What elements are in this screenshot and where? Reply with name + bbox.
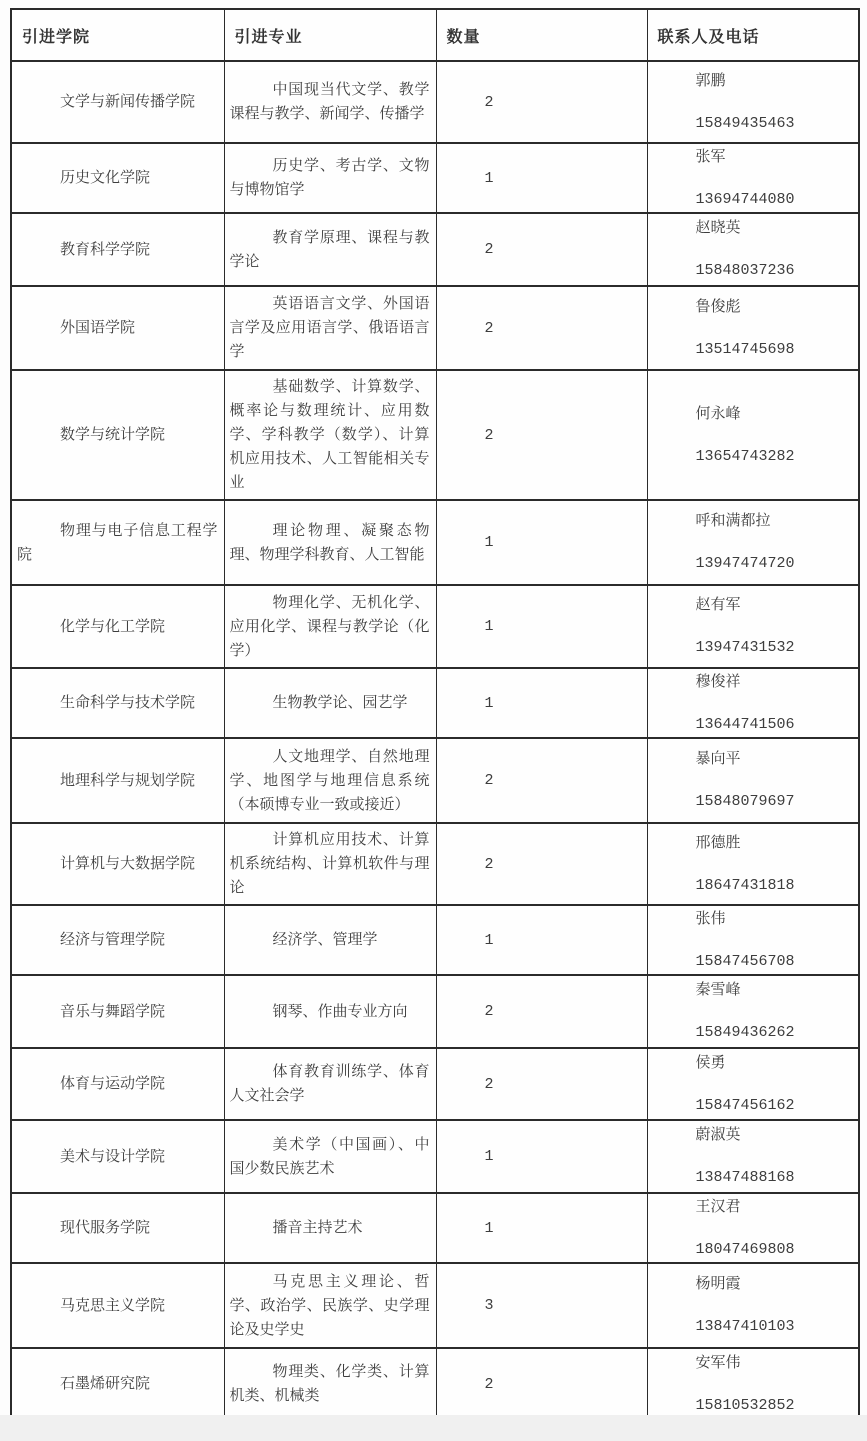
- table-row: 体育与运动学院体育教育训练学、体育人文社会学2侯勇15847456162: [11, 1048, 859, 1120]
- table-row: 生命科学与技术学院生物教学论、园艺学1穆俊祥13644741506: [11, 668, 859, 738]
- majors-cell: 中国现当代文学、教学课程与教学、新闻学、传播学: [224, 61, 436, 143]
- count-cell: 2: [436, 738, 647, 823]
- count-cell: 1: [436, 585, 647, 668]
- contact-name: 穆俊祥: [696, 672, 855, 692]
- contact-cell: 王汉君18047469808: [647, 1193, 859, 1263]
- majors-cell: 钢琴、作曲专业方向: [224, 975, 436, 1048]
- contact-name: 何永峰: [696, 404, 855, 424]
- count-cell: 1: [436, 143, 647, 213]
- header-row: 引进学院 引进专业 数量 联系人及电话: [11, 9, 859, 61]
- contact-cell: 赵晓英15848037236: [647, 213, 859, 286]
- majors-cell: 生物教学论、园艺学: [224, 668, 436, 738]
- college-cell: 生命科学与技术学院: [11, 668, 224, 738]
- table-row: 现代服务学院播音主持艺术1王汉君18047469808: [11, 1193, 859, 1263]
- majors-cell: 教育学原理、课程与教学论: [224, 213, 436, 286]
- contact-cell: 蔚淑英13847488168: [647, 1120, 859, 1193]
- contact-phone: 15848037236: [696, 261, 855, 281]
- count-cell: 2: [436, 975, 647, 1048]
- majors-cell: 历史学、考古学、文物与博物馆学: [224, 143, 436, 213]
- contact-phone: 15847456162: [696, 1096, 855, 1116]
- table-body: 文学与新闻传播学院中国现当代文学、教学课程与教学、新闻学、传播学2郭鹏15849…: [11, 61, 859, 1420]
- table-row: 教育科学学院教育学原理、课程与教学论2赵晓英15848037236: [11, 213, 859, 286]
- college-cell: 文学与新闻传播学院: [11, 61, 224, 143]
- contact-cell: 穆俊祥13644741506: [647, 668, 859, 738]
- majors-cell: 英语语言文学、外国语言学及应用语言学、俄语语言学: [224, 286, 436, 370]
- count-cell: 1: [436, 905, 647, 975]
- contact-phone: 18647431818: [696, 876, 855, 896]
- college-cell: 地理科学与规划学院: [11, 738, 224, 823]
- table-row: 地理科学与规划学院人文地理学、自然地理学、地图学与地理信息系统（本硕博专业一致或…: [11, 738, 859, 823]
- majors-cell: 播音主持艺术: [224, 1193, 436, 1263]
- table-row: 马克思主义学院马克思主义理论、哲学、政治学、民族学、史学理论及史学史3杨明霞13…: [11, 1263, 859, 1348]
- college-cell: 物理与电子信息工程学院: [11, 500, 224, 585]
- college-cell: 石墨烯研究院: [11, 1348, 224, 1420]
- table-row: 经济与管理学院经济学、管理学1张伟15847456708: [11, 905, 859, 975]
- contact-cell: 杨明霞13847410103: [647, 1263, 859, 1348]
- table-row: 计算机与大数据学院计算机应用技术、计算机系统结构、计算机软件与理论2邢德胜186…: [11, 823, 859, 905]
- contact-name: 郭鹏: [696, 71, 855, 91]
- table-row: 历史文化学院历史学、考古学、文物与博物馆学1张军13694744080: [11, 143, 859, 213]
- recruitment-table: 引进学院 引进专业 数量 联系人及电话 文学与新闻传播学院中国现当代文学、教学课…: [10, 8, 860, 1421]
- college-cell: 教育科学学院: [11, 213, 224, 286]
- contact-cell: 侯勇15847456162: [647, 1048, 859, 1120]
- contact-name: 邢德胜: [696, 833, 855, 853]
- table-row: 外国语学院英语语言文学、外国语言学及应用语言学、俄语语言学2鲁俊彪1351474…: [11, 286, 859, 370]
- contact-cell: 安军伟15810532852: [647, 1348, 859, 1420]
- table-row: 数学与统计学院基础数学、计算数学、概率论与数理统计、应用数学、学科教学（数学）、…: [11, 370, 859, 500]
- majors-cell: 体育教育训练学、体育人文社会学: [224, 1048, 436, 1120]
- contact-phone: 15848079697: [696, 792, 855, 812]
- contact-phone: 15849436262: [696, 1023, 855, 1043]
- college-cell: 音乐与舞蹈学院: [11, 975, 224, 1048]
- header-contact: 联系人及电话: [647, 9, 859, 61]
- contact-cell: 赵有军13947431532: [647, 585, 859, 668]
- majors-cell: 基础数学、计算数学、概率论与数理统计、应用数学、学科教学（数学）、计算机应用技术…: [224, 370, 436, 500]
- count-cell: 1: [436, 668, 647, 738]
- contact-name: 赵有军: [696, 595, 855, 615]
- count-cell: 2: [436, 370, 647, 500]
- count-cell: 2: [436, 213, 647, 286]
- majors-cell: 美术学（中国画）、中国少数民族艺术: [224, 1120, 436, 1193]
- college-cell: 美术与设计学院: [11, 1120, 224, 1193]
- college-cell: 历史文化学院: [11, 143, 224, 213]
- college-cell: 计算机与大数据学院: [11, 823, 224, 905]
- contact-phone: 15847456708: [696, 952, 855, 972]
- college-cell: 马克思主义学院: [11, 1263, 224, 1348]
- count-cell: 2: [436, 823, 647, 905]
- contact-cell: 张军13694744080: [647, 143, 859, 213]
- contact-name: 暴向平: [696, 749, 855, 769]
- count-cell: 1: [436, 1120, 647, 1193]
- college-cell: 数学与统计学院: [11, 370, 224, 500]
- college-cell: 化学与化工学院: [11, 585, 224, 668]
- table-row: 音乐与舞蹈学院钢琴、作曲专业方向2秦雪峰15849436262: [11, 975, 859, 1048]
- count-cell: 1: [436, 1193, 647, 1263]
- contact-phone: 13644741506: [696, 715, 855, 735]
- contact-phone: 13514745698: [696, 340, 855, 360]
- count-cell: 1: [436, 500, 647, 585]
- contact-phone: 13947431532: [696, 638, 855, 658]
- majors-cell: 理论物理、凝聚态物理、物理学科教育、人工智能: [224, 500, 436, 585]
- contact-cell: 秦雪峰15849436262: [647, 975, 859, 1048]
- contact-cell: 呼和满都拉13947474720: [647, 500, 859, 585]
- contact-phone: 15810532852: [696, 1396, 855, 1416]
- table-row: 化学与化工学院物理化学、无机化学、应用化学、课程与教学论（化学）1赵有军1394…: [11, 585, 859, 668]
- majors-cell: 经济学、管理学: [224, 905, 436, 975]
- contact-name: 侯勇: [696, 1053, 855, 1073]
- contact-name: 鲁俊彪: [696, 297, 855, 317]
- contact-name: 蔚淑英: [696, 1125, 855, 1145]
- majors-cell: 计算机应用技术、计算机系统结构、计算机软件与理论: [224, 823, 436, 905]
- contact-name: 赵晓英: [696, 218, 855, 238]
- table-row: 美术与设计学院美术学（中国画）、中国少数民族艺术1蔚淑英13847488168: [11, 1120, 859, 1193]
- contact-cell: 鲁俊彪13514745698: [647, 286, 859, 370]
- page-bottom-strip: [0, 1415, 867, 1441]
- contact-name: 呼和满都拉: [696, 511, 855, 531]
- contact-cell: 郭鹏15849435463: [647, 61, 859, 143]
- majors-cell: 马克思主义理论、哲学、政治学、民族学、史学理论及史学史: [224, 1263, 436, 1348]
- contact-name: 张伟: [696, 909, 855, 929]
- college-cell: 外国语学院: [11, 286, 224, 370]
- contact-cell: 邢德胜18647431818: [647, 823, 859, 905]
- table-row: 石墨烯研究院物理类、化学类、计算机类、机械类2安军伟15810532852: [11, 1348, 859, 1420]
- college-cell: 体育与运动学院: [11, 1048, 224, 1120]
- count-cell: 2: [436, 1348, 647, 1420]
- contact-phone: 13694744080: [696, 190, 855, 210]
- contact-name: 秦雪峰: [696, 980, 855, 1000]
- table-row: 物理与电子信息工程学院理论物理、凝聚态物理、物理学科教育、人工智能1呼和满都拉1…: [11, 500, 859, 585]
- count-cell: 2: [436, 1048, 647, 1120]
- college-cell: 现代服务学院: [11, 1193, 224, 1263]
- majors-cell: 人文地理学、自然地理学、地图学与地理信息系统（本硕博专业一致或接近）: [224, 738, 436, 823]
- contact-phone: 13847410103: [696, 1317, 855, 1337]
- contact-name: 张军: [696, 147, 855, 167]
- majors-cell: 物理化学、无机化学、应用化学、课程与教学论（化学）: [224, 585, 436, 668]
- count-cell: 2: [436, 61, 647, 143]
- contact-phone: 13947474720: [696, 554, 855, 574]
- contact-cell: 暴向平15848079697: [647, 738, 859, 823]
- contact-phone: 13847488168: [696, 1168, 855, 1188]
- page: 引进学院 引进专业 数量 联系人及电话 文学与新闻传播学院中国现当代文学、教学课…: [0, 0, 867, 1441]
- header-major: 引进专业: [224, 9, 436, 61]
- contact-name: 王汉君: [696, 1197, 855, 1217]
- table-row: 文学与新闻传播学院中国现当代文学、教学课程与教学、新闻学、传播学2郭鹏15849…: [11, 61, 859, 143]
- contact-phone: 13654743282: [696, 447, 855, 467]
- contact-phone: 15849435463: [696, 114, 855, 134]
- college-cell: 经济与管理学院: [11, 905, 224, 975]
- count-cell: 2: [436, 286, 647, 370]
- contact-name: 安军伟: [696, 1353, 855, 1373]
- contact-name: 杨明霞: [696, 1274, 855, 1294]
- header-count: 数量: [436, 9, 647, 61]
- contact-phone: 18047469808: [696, 1240, 855, 1260]
- count-cell: 3: [436, 1263, 647, 1348]
- majors-cell: 物理类、化学类、计算机类、机械类: [224, 1348, 436, 1420]
- header-college: 引进学院: [11, 9, 224, 61]
- contact-cell: 何永峰13654743282: [647, 370, 859, 500]
- contact-cell: 张伟15847456708: [647, 905, 859, 975]
